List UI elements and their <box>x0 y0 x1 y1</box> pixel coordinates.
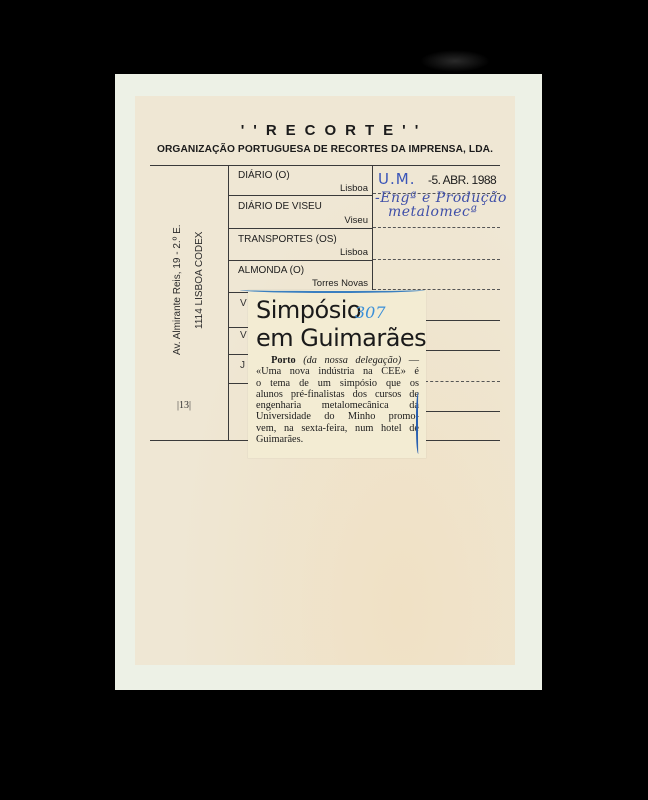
address-city: 1114 LISBOA CODEX <box>194 232 205 329</box>
clipping-body-line: o tema de um simpósio que os <box>256 378 419 389</box>
annotation-rule <box>373 259 500 260</box>
header-divider <box>150 165 500 166</box>
row-divider <box>228 195 373 196</box>
publication-city: Lisboa <box>300 247 368 258</box>
source-stamp: U.M. <box>378 170 415 188</box>
handwritten-note-line2: metalomecª <box>388 204 478 220</box>
publication-name: DIÁRIO (O) <box>238 170 290 181</box>
right-column-divider <box>372 165 373 297</box>
clipping-headline-line1: Simpósio <box>256 296 361 324</box>
clipping-lead-line: Porto (da nossa delegação) — <box>256 355 419 366</box>
clipping-body-line: engenharia metalomecânica da <box>256 400 419 411</box>
date-stamp: -5. ABR. 1988 <box>428 173 496 187</box>
annotation-rule <box>425 350 500 351</box>
publication-city: Viseu <box>300 215 368 226</box>
clipping-byline: (da nossa delegação) <box>303 355 401 366</box>
blue-pen-margin-mark <box>416 392 422 454</box>
clipping-body-line: alunos pré-finalistas dos cursos de <box>256 389 419 400</box>
annotation-rule <box>425 411 500 412</box>
hidden-row-initial: V <box>240 298 247 309</box>
clipping-body: Porto (da nossa delegação) — «Uma nova i… <box>256 355 419 445</box>
row-divider <box>228 383 250 384</box>
agency-title: ''RECORTE'' <box>0 122 648 139</box>
agency-subtitle: ORGANIZAÇÃO PORTUGUESA DE RECORTES DA IM… <box>145 144 505 155</box>
hidden-row-initial: V <box>240 330 247 341</box>
left-column-divider <box>228 165 229 440</box>
clipping-body-line: «Uma nova indústria na CEE» é <box>256 366 419 377</box>
row-divider <box>228 327 250 328</box>
publication-city: Lisboa <box>300 183 368 194</box>
annotation-rule <box>425 320 500 321</box>
address-street: Av. Almirante Reis, 19 - 2.º E. <box>172 224 183 355</box>
clipping-body-line: vem, na sexta-feira, num hotel de <box>256 423 419 434</box>
handwritten-clipping-number: 307 <box>355 303 386 322</box>
row-divider <box>228 260 373 261</box>
hidden-row-initial: J <box>240 360 245 371</box>
scan-smudge <box>420 50 490 72</box>
publication-name: TRANSPORTES (OS) <box>238 234 337 245</box>
clipping-dateline: Porto <box>271 355 296 366</box>
annotation-rule <box>425 381 500 382</box>
row-divider <box>228 354 250 355</box>
publication-name: DIÁRIO DE VISEU <box>238 201 322 212</box>
reference-number: |13| <box>177 400 191 411</box>
agency-address: Av. Almirante Reis, 19 - 2.º E. 1114 LIS… <box>170 195 210 375</box>
clipping-body-line: Universidade do Minho promo- <box>256 411 419 422</box>
row-divider <box>228 228 373 229</box>
blue-pen-underline <box>240 287 425 293</box>
publication-name: ALMONDA (O) <box>238 265 304 276</box>
annotation-rule <box>373 227 500 228</box>
clipping-headline-line2: em Guimarães <box>256 324 426 352</box>
clipping-body-line: Guimarães. <box>256 434 419 445</box>
